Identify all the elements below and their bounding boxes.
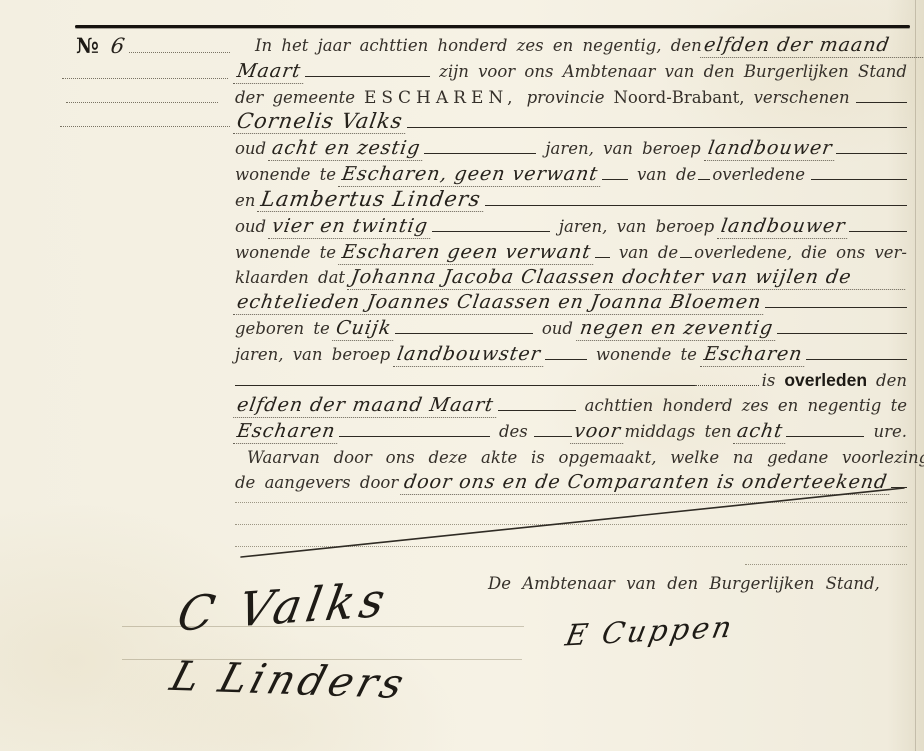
- handwritten-residence: Escharen, geen verwant: [338, 163, 604, 187]
- printed-text: middags ten: [624, 420, 731, 443]
- line-declarant1-name: Cornelis Valks: [235, 110, 907, 134]
- handwritten-deceased-residence: Escharen: [700, 343, 808, 367]
- fill-line: [891, 485, 907, 488]
- printed-text: achttien honderd zes en negentig te: [585, 394, 907, 417]
- printed-text: van de: [637, 163, 696, 186]
- printed-text: In het jaar achttien honderd zes en nege…: [255, 34, 702, 57]
- handwritten-deceased-occupation: landbouwster: [393, 343, 546, 367]
- line-declarant1-age: oud acht en zestig jaren, van beroep lan…: [235, 137, 907, 161]
- printed-text: ure.: [873, 420, 907, 443]
- fill-line: [235, 383, 695, 386]
- page-edge-shadow: [915, 0, 916, 751]
- printed-text: jaren, van beroep: [545, 137, 700, 160]
- fill-line-dotted: [235, 522, 907, 525]
- fill-line-dotted: [745, 562, 907, 565]
- printed-text: geboren te: [235, 317, 330, 340]
- printed-text: overledene, die ons ver-: [694, 241, 907, 264]
- printed-text: den: [876, 369, 907, 392]
- printed-text: wonende te: [235, 163, 336, 186]
- fill-line: [811, 177, 907, 180]
- fill-line: [765, 305, 907, 308]
- handwritten-birthplace: Cuijk: [332, 317, 397, 341]
- printed-text: de aangevers door: [235, 471, 398, 494]
- line-signature-statement: de aangevers door door ons en de Compara…: [235, 471, 907, 495]
- printed-text: jaren, van beroep: [235, 343, 390, 366]
- province-name: Noord-Brabant,: [613, 86, 744, 109]
- printed-text: klaarden dat: [235, 266, 345, 289]
- handwritten-occupation: landbouwer: [704, 137, 838, 161]
- fill-line: [856, 100, 907, 103]
- fill-line: [602, 177, 628, 180]
- handwritten-age: vier en twintig: [268, 215, 434, 239]
- fill-line-dotted: [695, 383, 759, 386]
- printed-text: van de: [619, 241, 678, 264]
- line-municipality: der gemeente ESCHAREN, provincie Noord-B…: [235, 86, 907, 110]
- fill-line: [424, 151, 536, 154]
- line-declarant1-residence: wonende te Escharen, geen verwant van de…: [235, 163, 907, 187]
- fill-line: [849, 229, 907, 232]
- handwritten-declarant2: Lambertus Linders: [258, 188, 487, 212]
- printed-text: des: [499, 420, 528, 443]
- printed-text: wonende te: [596, 343, 697, 366]
- fill-line: [339, 434, 490, 437]
- fill-line: [680, 255, 692, 258]
- printed-text: der gemeente: [235, 86, 355, 109]
- printed-text: verschenen: [754, 86, 850, 109]
- fill-line: [305, 74, 430, 77]
- fill-line: [698, 177, 710, 180]
- blank-ruled-line: [235, 544, 907, 547]
- line-declarant2-residence: wonende te Escharen geen verwant van de …: [235, 241, 907, 265]
- blank-ruled-line: [235, 500, 907, 503]
- printed-text: is: [762, 369, 776, 392]
- fill-line: [534, 434, 572, 437]
- blank-ruled-line: [235, 522, 907, 525]
- signature-official: E Cuppen: [565, 610, 735, 653]
- signature-text: E Cuppen: [563, 609, 738, 652]
- handwritten-declarant1: Cornelis Valks: [233, 110, 408, 134]
- numero-sign: №: [76, 33, 99, 58]
- printed-text: en: [235, 189, 255, 212]
- margin-dotted-line: [129, 50, 230, 53]
- overleden-bold-label: overleden: [784, 369, 867, 392]
- fill-line: [545, 357, 587, 360]
- handwritten-hour: acht: [733, 420, 789, 444]
- fill-line-dotted: [235, 544, 907, 547]
- line-month: Maart zijn voor ons Ambtenaar van den Bu…: [235, 60, 907, 84]
- handwritten-month: Maart: [233, 60, 307, 84]
- fill-line: [786, 434, 864, 437]
- line-closing-statement: Waarvan door ons deze akte is opgemaakt,…: [235, 446, 919, 469]
- printed-text: oud: [235, 215, 266, 238]
- line-deceased-parents: echtelieden Joannes Claassen en Joanna B…: [235, 291, 907, 315]
- line-declarant2-age: oud vier en twintig jaren, van beroep la…: [235, 215, 907, 239]
- official-title-line: De Ambtenaar van den Burgerlijken Stand,: [488, 572, 908, 595]
- margin-dotted-line: [60, 124, 230, 127]
- fill-line: [432, 229, 550, 232]
- printed-text: oud: [235, 137, 266, 160]
- signature-text: L Linders: [165, 652, 413, 708]
- fill-line: [806, 357, 907, 360]
- printed-text: overledene: [712, 163, 805, 186]
- fill-line: [407, 125, 907, 128]
- fill-line: [595, 255, 610, 258]
- fill-line-dotted: [235, 500, 907, 503]
- margin-dotted-line: [66, 100, 218, 103]
- line-is-overleden: is overleden den: [235, 369, 907, 392]
- fill-line: [836, 151, 907, 154]
- handwritten-date-day: elfden der maand: [700, 34, 924, 58]
- handwritten-death-date: elfden der maand Maart: [233, 394, 499, 418]
- line-death-date: elfden der maand Maart achttien honderd …: [235, 394, 907, 418]
- fill-line: [498, 408, 576, 411]
- handwritten-death-place: Escharen: [233, 420, 341, 444]
- act-number: 6: [107, 34, 131, 58]
- margin-dotted-line: [62, 76, 228, 79]
- line-birthplace-age: geboren te Cuijk oud negen en zeventig: [235, 317, 907, 341]
- fill-line: [485, 203, 907, 206]
- handwritten-daypart: voor: [570, 420, 627, 444]
- municipality-name: ESCHAREN,: [364, 87, 518, 110]
- handwritten-age: acht en zestig: [268, 137, 426, 161]
- handwritten-deceased-age: negen en zeventig: [576, 317, 779, 341]
- handwritten-occupation: landbouwer: [717, 215, 851, 239]
- top-border-rule: [75, 25, 910, 28]
- line-death-place-time: Escharen des voor middags ten acht ure.: [235, 420, 907, 444]
- signature-text: C Valks: [173, 572, 394, 643]
- handwritten-signing-clause: door ons en de Comparanten is onderteeke…: [400, 471, 893, 495]
- printed-text: jaren, van beroep: [559, 215, 714, 238]
- line-declarant2-name: en Lambertus Linders: [235, 188, 907, 212]
- handwritten-parents: echtelieden Joannes Claassen en Joanna B…: [233, 291, 767, 315]
- line-year-intro: In het jaar achttien honderd zes en nege…: [235, 34, 924, 58]
- handwritten-residence: Escharen geen verwant: [338, 241, 597, 265]
- handwritten-deceased-name: Johanna Jacoba Claassen dochter van wijl…: [347, 266, 909, 290]
- official-title: De Ambtenaar van den Burgerlijken Stand,: [488, 572, 880, 595]
- fill-line: [395, 331, 533, 334]
- signature-declarant1: C Valks: [176, 573, 391, 643]
- line-deceased-occupation: jaren, van beroep landbouwster wonende t…: [235, 343, 907, 367]
- printed-text: zijn voor ons Ambtenaar van den Burgerli…: [439, 60, 907, 83]
- printed-text: wonende te: [235, 241, 336, 264]
- death-certificate-page: № 6 In het jaar achttien honderd zes en …: [0, 0, 924, 751]
- printed-text: oud: [542, 317, 573, 340]
- fill-line: [777, 331, 907, 334]
- printed-text: provincie: [527, 86, 605, 109]
- line-deceased-name: klaarden dat Johanna Jacoba Claassen doc…: [235, 266, 907, 290]
- signature-declarant2: L Linders: [171, 652, 407, 708]
- printed-text: Waarvan door ons deze akte is opgemaakt,…: [247, 446, 924, 469]
